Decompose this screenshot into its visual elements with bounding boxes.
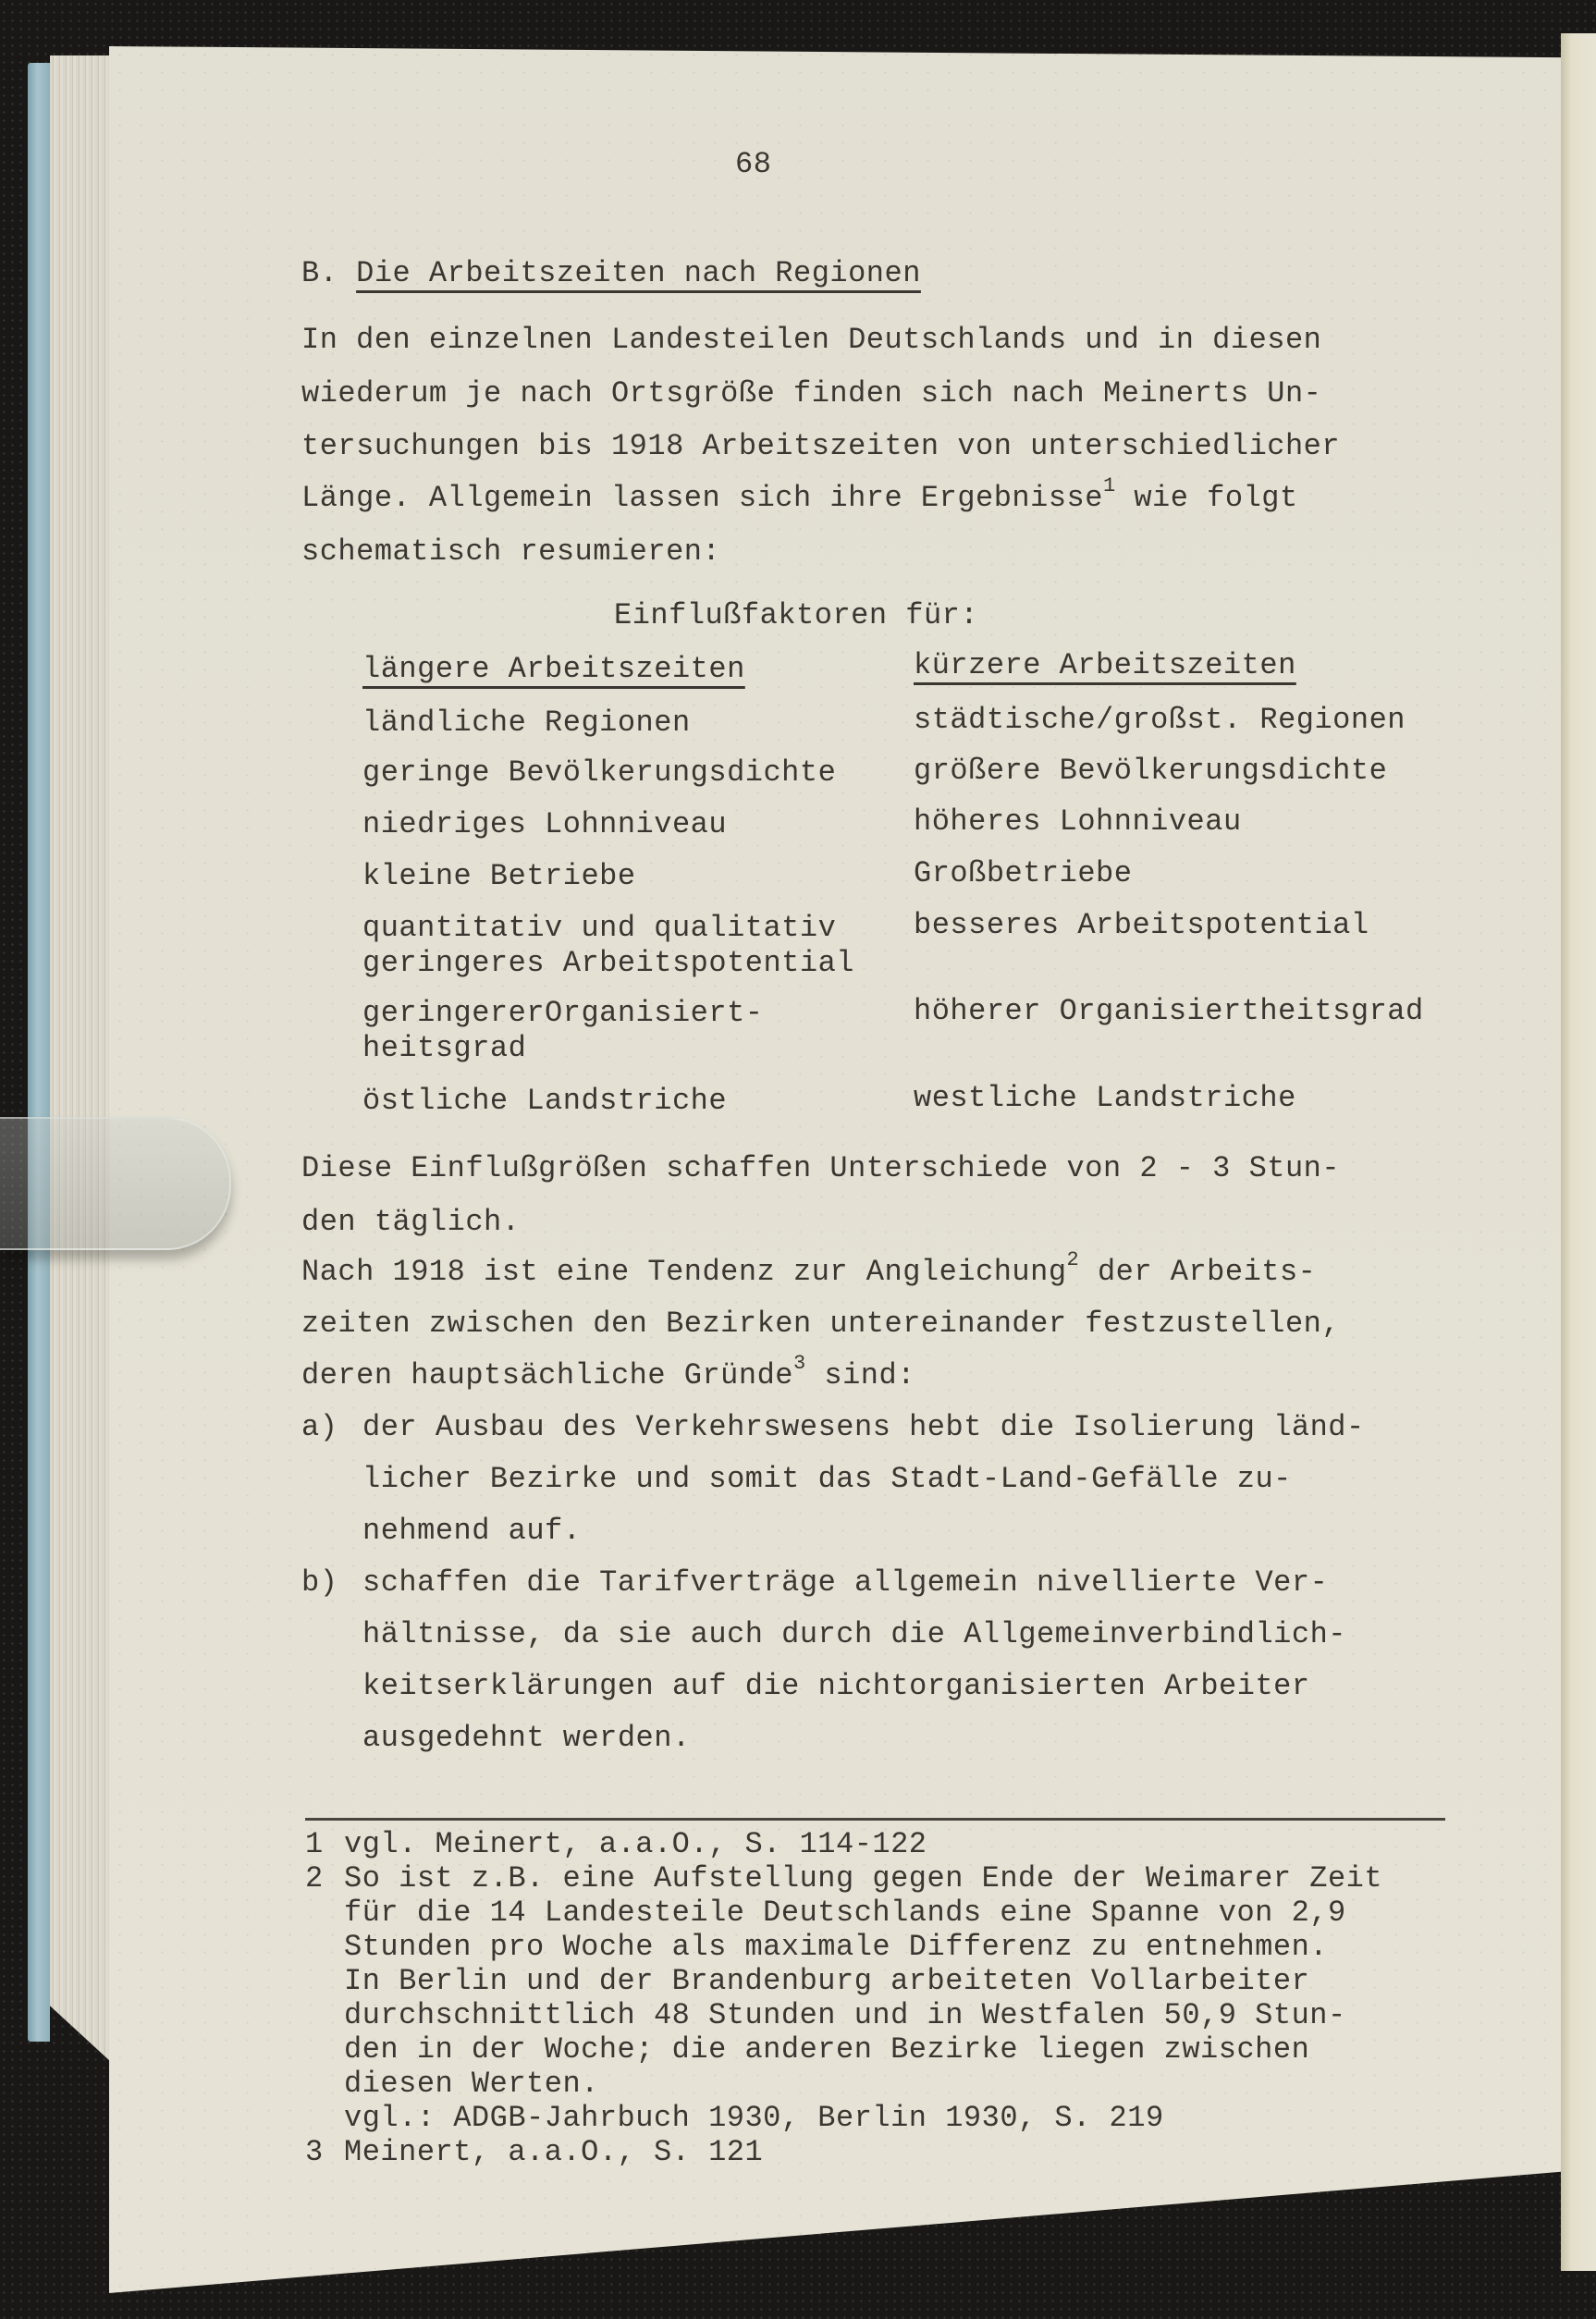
footnote-1-number: 1 [305,1827,324,1861]
intro-line-4-tail: wie folgt [1134,481,1297,515]
row-6-right: höherer Organisiertheitsgrad [914,997,1424,1026]
row-5-left: quantitativ und qualitativ [362,914,836,943]
footnote-separator [305,1818,1445,1821]
page-number: 68 [735,150,771,179]
intro-line-1: In den einzelnen Landesteilen Deutschlan… [301,325,1321,355]
intro-line-3: tersuchungen bis 1918 Arbeitszeiten von … [301,432,1340,461]
post1918-line-3-text: deren hauptsächliche Gründe [301,1358,793,1393]
row-2-left: geringe Bevölkerungsdichte [362,758,836,788]
col-header-longer: längere Arbeitszeiten [362,655,745,684]
post1918-line-1-tail: der Arbeits- [1079,1255,1316,1289]
summary-line-1: Diese Einflußgrößen schaffen Unterschied… [301,1154,1340,1184]
post1918-line-1-text: Nach 1918 ist eine Tendenz zur Angleichu… [301,1255,1067,1289]
reason-a-line-3: nehmend auf. [362,1516,581,1546]
reason-b-line-4: ausgedehnt werden. [362,1724,691,1753]
footnote-3-text: Meinert, a.a.O., S. 121 [344,2135,763,2169]
row-1-right: städtische/großst. Regionen [914,706,1406,735]
footnote-2-line-4: In Berlin und der Brandenburg arbeiteten… [344,1964,1309,1998]
post1918-line-3: deren hauptsächliche Gründe3 sind: [301,1361,915,1391]
reason-a-line-1: der Ausbau des Verkehrswesens hebt die I… [362,1413,1365,1442]
reason-b-label: b) [301,1568,338,1598]
facing-page-gutter [1561,33,1596,2271]
heading-prefix: B. [301,256,338,290]
footnote-3-number: 3 [305,2135,324,2169]
footnote-2-number: 2 [305,1861,324,1896]
col-header-shorter: kürzere Arbeitszeiten [914,651,1296,681]
row-4-right: Großbetriebe [914,859,1132,889]
page-holder-clip [0,1117,231,1250]
footnote-2-line-2: für die 14 Landesteile Deutschlands eine… [344,1896,1346,1930]
reason-b-line-1: schaffen die Tarifverträge allgemein niv… [362,1568,1328,1598]
book-cover-edge [28,63,50,2042]
reason-b-line-2: hältnisse, da sie auch durch die Allgeme… [362,1620,1346,1650]
intro-line-4: Länge. Allgemein lassen sich ihre Ergebn… [301,484,1298,513]
footnote-2-line-7: diesen Werten. [344,2067,599,2101]
footnote-2-line-5: durchschnittlich 48 Stunden und in Westf… [344,1998,1346,2032]
row-3-left: niedriges Lohnniveau [362,810,727,840]
footnote-ref-3[interactable]: 3 [793,1352,806,1375]
row-3-right: höheres Lohnniveau [914,807,1242,837]
summary-line-2: den täglich. [301,1208,520,1237]
page-stack-edge [50,55,111,2062]
post1918-line-1: Nach 1918 ist eine Tendenz zur Angleichu… [301,1258,1316,1287]
row-1-left: ländliche Regionen [362,708,691,738]
footnote-2-line-1: So ist z.B. eine Aufstellung gegen Ende … [344,1861,1382,1896]
row-6-left: geringererOrganisiert- [362,999,763,1028]
post1918-line-3-tail: sind: [806,1358,915,1393]
row-7-right: westliche Landstriche [914,1084,1296,1113]
row-2-right: größere Bevölkerungsdichte [914,756,1387,786]
section-heading: B. Die Arbeitszeiten nach Regionen [301,259,921,288]
footnote-ref-2[interactable]: 2 [1067,1248,1080,1271]
row-5-right: besseres Arbeitspotential [914,911,1369,940]
footnote-2-line-3: Stunden pro Woche als maximale Differenz… [344,1930,1328,1964]
post1918-line-2: zeiten zwischen den Bezirken untereinand… [301,1309,1340,1339]
intro-line-5: schematisch resumieren: [301,537,720,567]
row-7-left: östliche Landstriche [362,1086,727,1116]
intro-line-4-text: Länge. Allgemein lassen sich ihre Ergebn… [301,481,1103,515]
row-5-left-cont: geringeres Arbeitspotential [362,949,854,978]
footnote-ref-1[interactable]: 1 [1103,474,1116,497]
heading-title: Die Arbeitszeiten nach Regionen [356,256,921,290]
reason-a-label: a) [301,1413,338,1442]
row-6-left-cont: heitsgrad [362,1034,526,1063]
footnote-2-line-6: den in der Woche; die anderen Bezirke li… [344,2032,1309,2067]
footnote-1-text: vgl. Meinert, a.a.O., S. 114-122 [344,1827,927,1861]
table-caption: Einflußfaktoren für: [614,601,978,631]
reason-b-line-3: keitserklärungen auf die nichtorganisier… [362,1672,1310,1701]
intro-line-2: wiederum je nach Ortsgröße finden sich n… [301,379,1321,409]
row-4-left: kleine Betriebe [362,862,636,891]
footnote-2-line-8: vgl.: ADGB-Jahrbuch 1930, Berlin 1930, S… [344,2101,1164,2135]
reason-a-line-2: licher Bezirke und somit das Stadt-Land-… [362,1465,1292,1494]
